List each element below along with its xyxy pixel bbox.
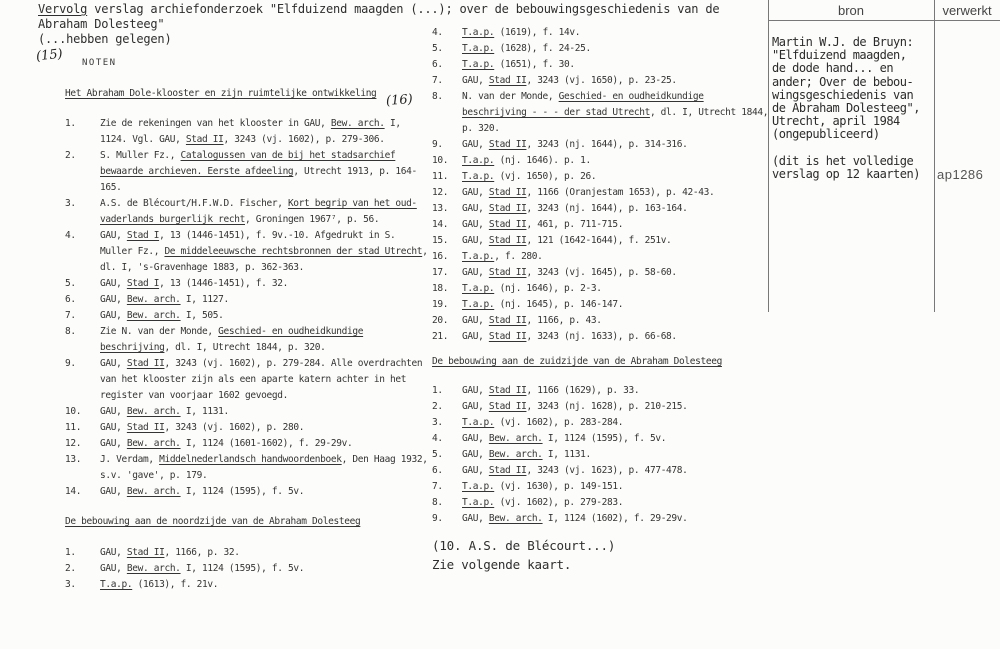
- notes-list-klooster: 1.Zie de rekeningen van het klooster in …: [65, 116, 431, 500]
- note-text: GAU, Stad II, 3243 (vj. 1602), p. 279-28…: [100, 356, 431, 404]
- note-item: 17.GAU, Stad II, 3243 (vj. 1645), p. 58-…: [432, 265, 770, 281]
- text-line: verslag op 12 kaarten): [772, 168, 932, 181]
- note-text: T.a.p. (vj. 1602), p. 279-283.: [462, 495, 770, 511]
- text-line: (10. A.S. de Blécourt...): [432, 536, 770, 555]
- note-number: 19.: [432, 297, 462, 313]
- text-line: de dode hand... en: [772, 62, 932, 75]
- verwerkt-value: ap1286: [937, 167, 983, 182]
- note-item: 18.T.a.p. (nj. 1646), p. 2-3.: [432, 281, 770, 297]
- note-text: GAU, Stad II, 3243 (nj. 1633), p. 66-68.: [462, 329, 770, 345]
- note-item: 1.GAU, Stad II, 1166 (1629), p. 33.: [432, 383, 770, 399]
- note-number: 8.: [432, 89, 462, 137]
- note-text: GAU, Stad II, 1166 (1629), p. 33.: [462, 383, 770, 399]
- note-number: 12.: [65, 436, 100, 452]
- card-footer-note: (10. A.S. de Blécourt...)Zie volgende ka…: [432, 536, 770, 574]
- handwritten-card-number-15: (15): [35, 47, 63, 65]
- note-number: 8.: [65, 324, 100, 356]
- note-text: J. Verdam, Middelnederlandsch handwoorde…: [100, 452, 431, 484]
- notes-list-noordzijde-continued: 4.T.a.p. (1619), f. 14v.5.T.a.p. (1628),…: [432, 25, 770, 345]
- note-item: 4.GAU, Stad I, 13 (1446-1451), f. 9v.-10…: [65, 228, 431, 276]
- note-item: 3.A.S. de Blécourt/H.F.W.D. Fischer, Kor…: [65, 196, 431, 228]
- note-text: T.a.p. (1613), f. 21v.: [100, 577, 431, 593]
- note-number: 6.: [432, 57, 462, 73]
- note-text: GAU, Bew. arch. I, 1124 (1595), f. 5v.: [100, 484, 431, 500]
- note-number: 11.: [432, 169, 462, 185]
- bron-source-citation: Martin W.J. de Bruyn:"Elfduizend maagden…: [772, 36, 932, 181]
- note-item: 15.GAU, Stad II, 121 (1642-1644), f. 251…: [432, 233, 770, 249]
- note-text: N. van der Monde, Geschied- en oudheidku…: [462, 89, 770, 137]
- note-text: GAU, Stad II, 3243 (vj. 1623), p. 477-47…: [462, 463, 770, 479]
- note-item: 3.T.a.p. (1613), f. 21v.: [65, 577, 431, 593]
- note-text: T.a.p. (vj. 1630), p. 149-151.: [462, 479, 770, 495]
- note-item: 2.S. Muller Fz., Catalogussen van de bij…: [65, 148, 431, 196]
- note-number: 13.: [65, 452, 100, 484]
- note-text: GAU, Stad II, 3243 (nj. 1628), p. 210-21…: [462, 399, 770, 415]
- note-item: 2.GAU, Stad II, 3243 (nj. 1628), p. 210-…: [432, 399, 770, 415]
- note-item: 6.GAU, Bew. arch. I, 1127.: [65, 292, 431, 308]
- note-number: 9.: [432, 137, 462, 153]
- text-line: [772, 142, 932, 155]
- note-item: 5.GAU, Stad I, 13 (1446-1451), f. 32.: [65, 276, 431, 292]
- note-number: 6.: [65, 292, 100, 308]
- note-number: 17.: [432, 265, 462, 281]
- note-item: 7.GAU, Stad II, 3243 (vj. 1650), p. 23-2…: [432, 73, 770, 89]
- note-text: GAU, Bew. arch. I, 1124 (1595), f. 5v.: [462, 431, 770, 447]
- note-text: T.a.p. (vj. 1602), p. 283-284.: [462, 415, 770, 431]
- notes-middle-column: 4.T.a.p. (1619), f. 14v.5.T.a.p. (1628),…: [432, 25, 770, 574]
- note-number: 7.: [432, 479, 462, 495]
- note-number: 5.: [65, 276, 100, 292]
- bron-column-header: bron: [768, 3, 934, 18]
- note-text: GAU, Stad II, 3243 (vj. 1650), p. 23-25.: [462, 73, 770, 89]
- note-text: GAU, Stad II, 3243 (vj. 1645), p. 58-60.: [462, 265, 770, 281]
- note-number: 10.: [432, 153, 462, 169]
- note-number: 3.: [65, 196, 100, 228]
- note-number: 4.: [432, 431, 462, 447]
- note-number: 2.: [432, 399, 462, 415]
- note-text: T.a.p. (1651), f. 30.: [462, 57, 770, 73]
- note-text: T.a.p. (nj. 1646). p. 1.: [462, 153, 770, 169]
- note-text: GAU, Bew. arch. I, 1127.: [100, 292, 431, 308]
- note-number: 21.: [432, 329, 462, 345]
- note-item: 4.T.a.p. (1619), f. 14v.: [432, 25, 770, 41]
- note-item: 21.GAU, Stad II, 3243 (nj. 1633), p. 66-…: [432, 329, 770, 345]
- note-item: 11.T.a.p. (vj. 1650), p. 26.: [432, 169, 770, 185]
- note-item: 5.T.a.p. (1628), f. 24-25.: [432, 41, 770, 57]
- note-number: 14.: [65, 484, 100, 500]
- note-number: 4.: [432, 25, 462, 41]
- note-number: 13.: [432, 201, 462, 217]
- note-number: 5.: [432, 447, 462, 463]
- section-heading-noordzijde: De bebouwing aan de noordzijde van de Ab…: [65, 514, 431, 530]
- note-text: GAU, Bew. arch. I, 505.: [100, 308, 431, 324]
- note-number: 1.: [65, 116, 100, 148]
- note-text: GAU, Bew. arch. I, 1124 (1601-1602), f. …: [100, 436, 431, 452]
- note-item: 5.GAU, Bew. arch. I, 1131.: [432, 447, 770, 463]
- note-number: 9.: [432, 511, 462, 527]
- note-item: 16.T.a.p., f. 280.: [432, 249, 770, 265]
- note-item: 7.T.a.p. (vj. 1630), p. 149-151.: [432, 479, 770, 495]
- note-text: Zie de rekeningen van het klooster in GA…: [100, 116, 431, 148]
- note-item: 4.GAU, Bew. arch. I, 1124 (1595), f. 5v.: [432, 431, 770, 447]
- table-header-rule: [768, 20, 1000, 21]
- text-line: ander; Over de bebou-: [772, 76, 932, 89]
- text-line: (ongepubliceerd): [772, 128, 932, 141]
- note-number: 2.: [65, 148, 100, 196]
- note-item: 20.GAU, Stad II, 1166, p. 43.: [432, 313, 770, 329]
- note-number: 16.: [432, 249, 462, 265]
- note-number: 1.: [65, 545, 100, 561]
- note-item: 8.N. van der Monde, Geschied- en oudheid…: [432, 89, 770, 137]
- note-text: GAU, Bew. arch. I, 1124 (1595), f. 5v.: [100, 561, 431, 577]
- note-text: T.a.p. (1619), f. 14v.: [462, 25, 770, 41]
- note-text: GAU, Bew. arch. I, 1131.: [100, 404, 431, 420]
- note-text: GAU, Stad I, 13 (1446-1451), f. 9v.-10. …: [100, 228, 431, 276]
- notes-list-zuidzijde: 1.GAU, Stad II, 1166 (1629), p. 33.2.GAU…: [432, 383, 770, 527]
- notes-list-noordzijde: 1.GAU, Stad II, 1166, p. 32.2.GAU, Bew. …: [65, 545, 431, 593]
- note-text: GAU, Stad II, 1166 (Oranjestam 1653), p.…: [462, 185, 770, 201]
- note-item: 14.GAU, Stad II, 461, p. 711-715.: [432, 217, 770, 233]
- note-text: GAU, Stad II, 3243 (vj. 1602), p. 280.: [100, 420, 431, 436]
- table-border-left: [768, 0, 769, 312]
- note-item: 10.GAU, Bew. arch. I, 1131.: [65, 404, 431, 420]
- note-number: 3.: [65, 577, 100, 593]
- note-item: 3.T.a.p. (vj. 1602), p. 283-284.: [432, 415, 770, 431]
- note-text: GAU, Bew. arch. I, 1124 (1602), f. 29-29…: [462, 511, 770, 527]
- note-item: 8.Zie N. van der Monde, Geschied- en oud…: [65, 324, 431, 356]
- note-text: A.S. de Blécourt/H.F.W.D. Fischer, Kort …: [100, 196, 431, 228]
- note-number: 6.: [432, 463, 462, 479]
- note-number: 11.: [65, 420, 100, 436]
- note-item: 13.J. Verdam, Middelnederlandsch handwoo…: [65, 452, 431, 484]
- note-item: 9.GAU, Stad II, 3243 (nj. 1644), p. 314-…: [432, 137, 770, 153]
- note-item: 2.GAU, Bew. arch. I, 1124 (1595), f. 5v.: [65, 561, 431, 577]
- note-number: 14.: [432, 217, 462, 233]
- note-item: 12.GAU, Stad II, 1166 (Oranjestam 1653),…: [432, 185, 770, 201]
- note-number: 9.: [65, 356, 100, 404]
- note-text: GAU, Stad II, 121 (1642-1644), f. 251v.: [462, 233, 770, 249]
- verwerkt-column-header: verwerkt: [934, 3, 1000, 18]
- note-item: 6.GAU, Stad II, 3243 (vj. 1623), p. 477-…: [432, 463, 770, 479]
- note-item: 7.GAU, Bew. arch. I, 505.: [65, 308, 431, 324]
- note-item: 8.T.a.p. (vj. 1602), p. 279-283.: [432, 495, 770, 511]
- note-number: 7.: [65, 308, 100, 324]
- note-text: GAU, Bew. arch. I, 1131.: [462, 447, 770, 463]
- note-text: GAU, Stad I, 13 (1446-1451), f. 32.: [100, 276, 431, 292]
- note-text: GAU, Stad II, 461, p. 711-715.: [462, 217, 770, 233]
- note-text: GAU, Stad II, 1166, p. 32.: [100, 545, 431, 561]
- note-item: 6.T.a.p. (1651), f. 30.: [432, 57, 770, 73]
- note-text: S. Muller Fz., Catalogussen van de bij h…: [100, 148, 431, 196]
- notes-left-column: Het Abraham Dole-klooster en zijn ruimte…: [65, 86, 431, 593]
- archive-research-card: Vervolg verslag archiefonderzoek "Elfdui…: [0, 0, 1000, 649]
- section-heading-zuidzijde: De bebouwing aan de zuidzijde van de Abr…: [432, 354, 770, 370]
- note-text: T.a.p. (nj. 1645), p. 146-147.: [462, 297, 770, 313]
- note-text: T.a.p. (nj. 1646), p. 2-3.: [462, 281, 770, 297]
- note-item: 10.T.a.p. (nj. 1646). p. 1.: [432, 153, 770, 169]
- section-heading-klooster: Het Abraham Dole-klooster en zijn ruimte…: [65, 86, 431, 102]
- note-number: 20.: [432, 313, 462, 329]
- text-line: Zie volgende kaart.: [432, 555, 770, 574]
- note-number: 4.: [65, 228, 100, 276]
- note-item: 9.GAU, Stad II, 3243 (vj. 1602), p. 279-…: [65, 356, 431, 404]
- note-number: 7.: [432, 73, 462, 89]
- note-text: T.a.p. (vj. 1650), p. 26.: [462, 169, 770, 185]
- note-text: GAU, Stad II, 3243 (nj. 1644), p. 314-31…: [462, 137, 770, 153]
- note-item: 1.Zie de rekeningen van het klooster in …: [65, 116, 431, 148]
- noten-label: NOTEN: [82, 58, 117, 68]
- note-text: T.a.p., f. 280.: [462, 249, 770, 265]
- note-number: 12.: [432, 185, 462, 201]
- note-number: 3.: [432, 415, 462, 431]
- note-text: GAU, Stad II, 3243 (nj. 1644), p. 163-16…: [462, 201, 770, 217]
- table-divider-bron-verwerkt: [934, 0, 935, 312]
- note-number: 8.: [432, 495, 462, 511]
- note-text: Zie N. van der Monde, Geschied- en oudhe…: [100, 324, 431, 356]
- note-item: 1.GAU, Stad II, 1166, p. 32.: [65, 545, 431, 561]
- text-line: Vervolg verslag archiefonderzoek "Elfdui…: [38, 2, 719, 17]
- note-item: 13.GAU, Stad II, 3243 (nj. 1644), p. 163…: [432, 201, 770, 217]
- note-item: 11.GAU, Stad II, 3243 (vj. 1602), p. 280…: [65, 420, 431, 436]
- note-item: 12.GAU, Bew. arch. I, 1124 (1601-1602), …: [65, 436, 431, 452]
- note-number: 18.: [432, 281, 462, 297]
- note-item: 14.GAU, Bew. arch. I, 1124 (1595), f. 5v…: [65, 484, 431, 500]
- note-item: 19.T.a.p. (nj. 1645), p. 146-147.: [432, 297, 770, 313]
- note-item: 9.GAU, Bew. arch. I, 1124 (1602), f. 29-…: [432, 511, 770, 527]
- note-number: 1.: [432, 383, 462, 399]
- note-text: T.a.p. (1628), f. 24-25.: [462, 41, 770, 57]
- note-number: 5.: [432, 41, 462, 57]
- note-number: 10.: [65, 404, 100, 420]
- note-text: GAU, Stad II, 1166, p. 43.: [462, 313, 770, 329]
- note-number: 15.: [432, 233, 462, 249]
- note-number: 2.: [65, 561, 100, 577]
